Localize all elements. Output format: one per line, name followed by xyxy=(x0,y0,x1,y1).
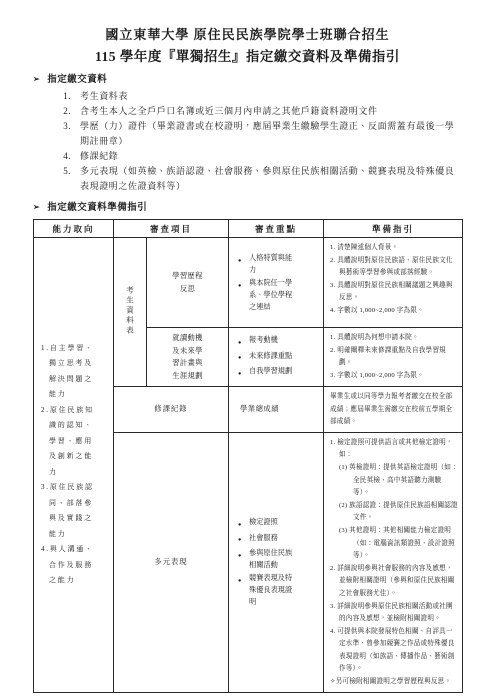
ability-orientation-cell: 1.自主學習、獨立思考及解決問題之能力 2.原住民族知識的認知、學習、應用及創新… xyxy=(34,238,114,693)
focus-item: ●社會服務 xyxy=(238,532,319,547)
ability-item: 3.原住民族認同、部落參與及實踐之能力 xyxy=(41,480,99,542)
bullet-icon: ● xyxy=(238,277,249,313)
col-header-review-item: 審查項目 xyxy=(114,220,229,238)
bullet-icon: ● xyxy=(238,572,249,608)
ability-item: 2.原住民族知識的認知、學習、應用及創新之能力 xyxy=(41,403,99,481)
col-header-ability: 能力取向 xyxy=(34,220,114,238)
focus-item: ●與本院任一學系、學位學程之連結 xyxy=(238,277,319,313)
guide-step: 3. 字數以 1,000~2,000 字為限。 xyxy=(330,370,458,383)
guide-step: 2. 明確闡釋未來修課重點及自我學習規劃。 xyxy=(330,345,458,370)
col-header-prep-guide: 準備指引 xyxy=(324,220,463,238)
guide-step: 1. 清楚陳述個人背景。 xyxy=(330,242,458,255)
col-header-review-focus: 審查重點 xyxy=(229,220,324,238)
guide-step: 畢業生或以同等學力報考者繳交在校全部成績；應屆畢業生需繳交在校前五學期全部成績。 xyxy=(330,391,458,429)
ability-item: 1.自主學習、獨立思考及解決問題之能力 xyxy=(41,341,99,403)
arrow-bullet-icon: ➢ xyxy=(33,201,40,215)
preparation-guide-table: 能力取向 審查項目 審查重點 準備指引 1.自主學習、獨立思考及解決問題之能力 … xyxy=(33,219,463,693)
bullet-icon: ● xyxy=(238,252,249,276)
section-heading-submission-items: ➢ 指定繳交資料 xyxy=(33,73,462,87)
guide-step: 1. 檢定證照可提供語言或其他檢定證明，如： xyxy=(330,437,458,462)
section-heading-label: 指定繳交資料準備指引 xyxy=(47,201,147,215)
focus-item: ●人格特質與能力 xyxy=(238,252,319,276)
prep-guide-cell: 1. 清楚陳述個人背景。 2. 具體說明對原住民族語、原住民族文化與藝術等學習參… xyxy=(324,238,463,328)
submission-item: 含考生本人之全戶戶口名簿或近三個月內申請之其他戶籍資料證明文件 xyxy=(74,104,462,119)
section-heading-label: 指定繳交資料 xyxy=(47,73,107,87)
bullet-icon: ● xyxy=(238,547,249,571)
applicant-form-vertical-label: 考生資料表 xyxy=(125,286,136,336)
table-row: 1.自主學習、獨立思考及解決問題之能力 2.原住民族知識的認知、學習、應用及創新… xyxy=(34,238,463,328)
guide-step: 4. 字數以 1,000~2,000 字為限。 xyxy=(330,305,458,318)
review-item-cell: 修課紀錄 xyxy=(114,387,229,433)
focus-item: ●報考動機 xyxy=(238,334,319,349)
guide-step: 4. 可提供與本院發展特色相關、自評具一定水準、曾參加競賽之作品或特殊優良表現證… xyxy=(330,626,458,676)
bullet-icon: ● xyxy=(238,334,249,349)
page-title-line2: 115 學年度『單獨招生』指定繳交資料及準備指引 xyxy=(33,47,462,66)
submission-item: 學歷（力）證件（畢業證書或在校證明，應屆畢業生繳驗學生證正、反面需蓋有最後一學期… xyxy=(74,119,462,149)
review-item-cell: 學習歷程反思 xyxy=(147,238,229,328)
review-focus-cell: ●人格特質與能力 ●與本院任一學系、學位學程之連結 xyxy=(229,238,324,328)
guide-step: 1. 具體說明為何想申請本院。 xyxy=(330,332,458,345)
focus-item: ●參與原住民族相關活動 xyxy=(238,547,319,571)
review-item-cell: 多元表現 xyxy=(114,432,229,692)
guide-substep: (3) 其他證明：其他相關能力檢定證明（如：電腦資訊類證照、設計證照等）。 xyxy=(330,525,458,563)
focus-item: ●競賽表現及特殊優良表現證明 xyxy=(238,572,319,608)
bullet-icon: ● xyxy=(238,350,249,365)
guide-step: 3. 具體說明對原住民族相關議題之興趣與反思。 xyxy=(330,280,458,305)
guide-step: 2. 詳細說明參與社會服務的內容及感想，並檢附相關證明（參與和原住民族相關之社會… xyxy=(330,563,458,601)
guide-substep: (1) 英檢證明：提供英語檢定證明（如：全民英檢、高中英語聽力測驗等）。 xyxy=(330,462,458,500)
prep-guide-cell: 1. 具體說明為何想申請本院。 2. 明確闡釋未來修課重點及自我學習規劃。 3.… xyxy=(324,328,463,387)
focus-item: ●未來修課重點 xyxy=(238,350,319,365)
guide-step: 3. 詳細說明參與原住民族相關活動或社團的內容及感想，並檢附相關證明。 xyxy=(330,601,458,626)
submission-item: 多元表現（如英檢、族語認證、社會服務、參與原住民族相關活動、競賽表現及特殊優良表… xyxy=(74,164,462,194)
table-header-row: 能力取向 審查項目 審查重點 準備指引 xyxy=(34,220,463,238)
prep-guide-cell: 1. 檢定證照可提供語言或其他檢定證明，如： (1) 英檢證明：提供英語檢定證明… xyxy=(324,432,463,692)
review-item-label: 就讀動機及未來學習計畫與生涯規劃 xyxy=(172,332,203,382)
arrow-bullet-icon: ➢ xyxy=(33,73,40,87)
section-heading-preparation-guide: ➢ 指定繳交資料準備指引 xyxy=(33,201,462,215)
page-title-line1: 國立東華大學 原住民民族學院學士班聯合招生 xyxy=(33,26,462,44)
applicant-form-cell: 考生資料表 xyxy=(114,238,147,387)
bullet-icon: ● xyxy=(238,365,249,380)
guide-substep: (2) 族語認證：提供原住民族語相關認證文件。 xyxy=(330,500,458,525)
guide-note: ✧另可檢附相關證明之學習歷程與反思。 xyxy=(330,676,458,689)
bullet-icon: ● xyxy=(238,516,249,531)
prep-guide-cell: 畢業生或以同等學力報考者繳交在校全部成績；應屆畢業生需繳交在校前五學期全部成績。 xyxy=(324,387,463,433)
guide-step: 2. 具體說明對原住民族語、原住民族文化與藝術等學習參與或部落經驗。 xyxy=(330,255,458,280)
submission-item: 考生資料表 xyxy=(74,89,462,104)
bullet-icon: ● xyxy=(238,532,249,547)
focus-item: ●自我學習規劃 xyxy=(238,365,319,380)
submission-items-list: 考生資料表 含考生本人之全戶戶口名簿或近三個月內申請之其他戶籍資料證明文件 學歷… xyxy=(33,89,462,194)
review-item-label: 學習歷程反思 xyxy=(172,270,203,295)
ability-item: 4.與人溝通、合作及服務之能力 xyxy=(41,542,99,589)
focus-item: ●檢定證照 xyxy=(238,516,319,531)
review-focus-cell: ●報考動機 ●未來修課重點 ●自我學習規劃 xyxy=(229,328,324,387)
review-focus-cell: 學業總成績 xyxy=(229,387,324,433)
document-page: 國立東華大學 原住民民族學院學士班聯合招生 115 學年度『單獨招生』指定繳交資… xyxy=(0,0,495,700)
review-focus-cell: ●檢定證照 ●社會服務 ●參與原住民族相關活動 ●競賽表現及特殊優良表現證明 xyxy=(229,432,324,692)
submission-item: 修課紀錄 xyxy=(74,149,462,164)
review-item-cell: 就讀動機及未來學習計畫與生涯規劃 xyxy=(147,328,229,387)
